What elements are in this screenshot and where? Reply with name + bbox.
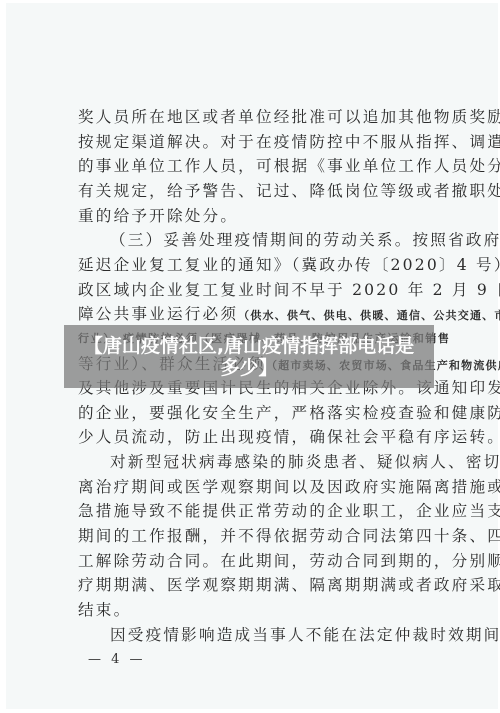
document-line: 有关规定，给予警告、记过、降低岗位等级或者撤职处分，情节严: [78, 180, 458, 202]
document-line-text: 的事业单位工作人员，可根据《事业单位工作人员处分暂行规定》: [78, 157, 500, 175]
document-line: 的事业单位工作人员，可根据《事业单位工作人员处分暂行规定》: [78, 155, 458, 177]
document-line: 期间的工作报酬，并不得依据劳动合同法第四十条、四十一条与职: [78, 525, 458, 547]
document-line: 按规定渠道解决。对于在疫情防控中不服从指挥、调遣或消极对抗: [78, 131, 458, 153]
document-line-text: 重的给予开除处分。: [78, 207, 238, 225]
document-line-text: 因受疫情影响造成当事人不能在法定仲裁时效期间申请劳动人: [110, 626, 500, 644]
document-line: 结束。: [78, 599, 458, 621]
document-line-text: 疗期期满、医学观察期期满、隔离期期满或者政府采取的紧急措施: [78, 576, 500, 594]
document-line-text: 按规定渠道解决。对于在疫情防控中不服从指挥、调遣或消极对抗: [78, 133, 500, 151]
document-line: 疗期期满、医学观察期期满、隔离期期满或者政府采取的紧急措施: [78, 574, 458, 596]
document-line: 急措施导致不能提供正常劳动的企业职工，企业应当支付职工在此: [78, 500, 458, 522]
document-line-annotation: （供水、供气、供电、供暖、通信、公共交通、市政环卫等: [238, 309, 500, 322]
document-line-text: 少人员流动，防止出现疫情，确保社会平稳有序运转。: [78, 428, 500, 446]
document-line: 因受疫情影响造成当事人不能在法定仲裁时效期间申请劳动人: [110, 624, 458, 646]
document-line: 障公共事业运行必须（供水、供气、供电、供暖、通信、公共交通、市政环卫等: [78, 303, 458, 325]
document-line: 对新型冠状病毒感染的肺炎患者、疑似病人、密切接触者在其隔: [110, 451, 458, 473]
document-line: 工解除劳动合同。在此期间，劳动合同到期的，分别顺延至职工医: [78, 550, 458, 572]
document-line: 少人员流动，防止出现疫情，确保社会平稳有序运转。: [78, 426, 458, 448]
title-overlay-banner: 【唐山疫情社区,唐山疫情指挥部电话是多少】: [64, 325, 434, 388]
document-line: 的企业，要强化安全生产，严格落实检疫查验和健康防护，尽量减: [78, 402, 458, 424]
document-line: 离治疗期间或医学观察期间以及因政府实施隔离措施或采取其他紧: [78, 476, 458, 498]
document-line-text: 结束。: [78, 601, 131, 619]
document-line-text: 对新型冠状病毒感染的肺炎患者、疑似病人、密切接触者在其隔: [110, 453, 500, 471]
page-number: — 4 —: [88, 652, 146, 667]
document-line-text: 的企业，要强化安全生产，严格落实检疫查验和健康防护，尽量减: [78, 404, 500, 422]
document-line-text: 政区域内企业复工复业时间不早于 2020 年 2 月 9 日 24 时，涉及保: [78, 281, 500, 299]
document-line-text: 障公共事业运行必须: [78, 305, 238, 323]
document-line-text: 延迟企业复工复业的通知》（冀政办传〔2020〕4 号）要求，我市行: [78, 256, 500, 274]
document-line-text: 期间的工作报酬，并不得依据劳动合同法第四十条、四十一条与职: [78, 527, 500, 545]
document-line: （三）妥善处理疫情期间的劳动关系。按照省政府办公厅《关于: [110, 229, 458, 251]
document-line-text: 有关规定，给予警告、记过、降低岗位等级或者撤职处分，情节严: [78, 182, 500, 200]
document-line: 延迟企业复工复业的通知》（冀政办传〔2020〕4 号）要求，我市行: [78, 254, 458, 276]
document-line: 政区域内企业复工复业时间不早于 2020 年 2 月 9 日 24 时，涉及保: [78, 279, 458, 301]
document-line-text: 奖人员所在地区或者单位经批准可以追加其他物质奖励，所需经费: [78, 108, 500, 126]
document-line-text: 急措施导致不能提供正常劳动的企业职工，企业应当支付职工在此: [78, 502, 500, 520]
document-line-text: （三）妥善处理疫情期间的劳动关系。按照省政府办公厅《关于: [110, 231, 500, 249]
document-line-text: 离治疗期间或医学观察期间以及因政府实施隔离措施或采取其他紧: [78, 478, 500, 496]
article-title: 【唐山疫情社区,唐山疫情指挥部电话是多少】: [69, 335, 429, 379]
document-line: 重的给予开除处分。: [78, 205, 458, 227]
document-line: 奖人员所在地区或者单位经批准可以追加其他物质奖励，所需经费: [78, 106, 458, 128]
document-line-text: 工解除劳动合同。在此期间，劳动合同到期的，分别顺延至职工医: [78, 552, 500, 570]
